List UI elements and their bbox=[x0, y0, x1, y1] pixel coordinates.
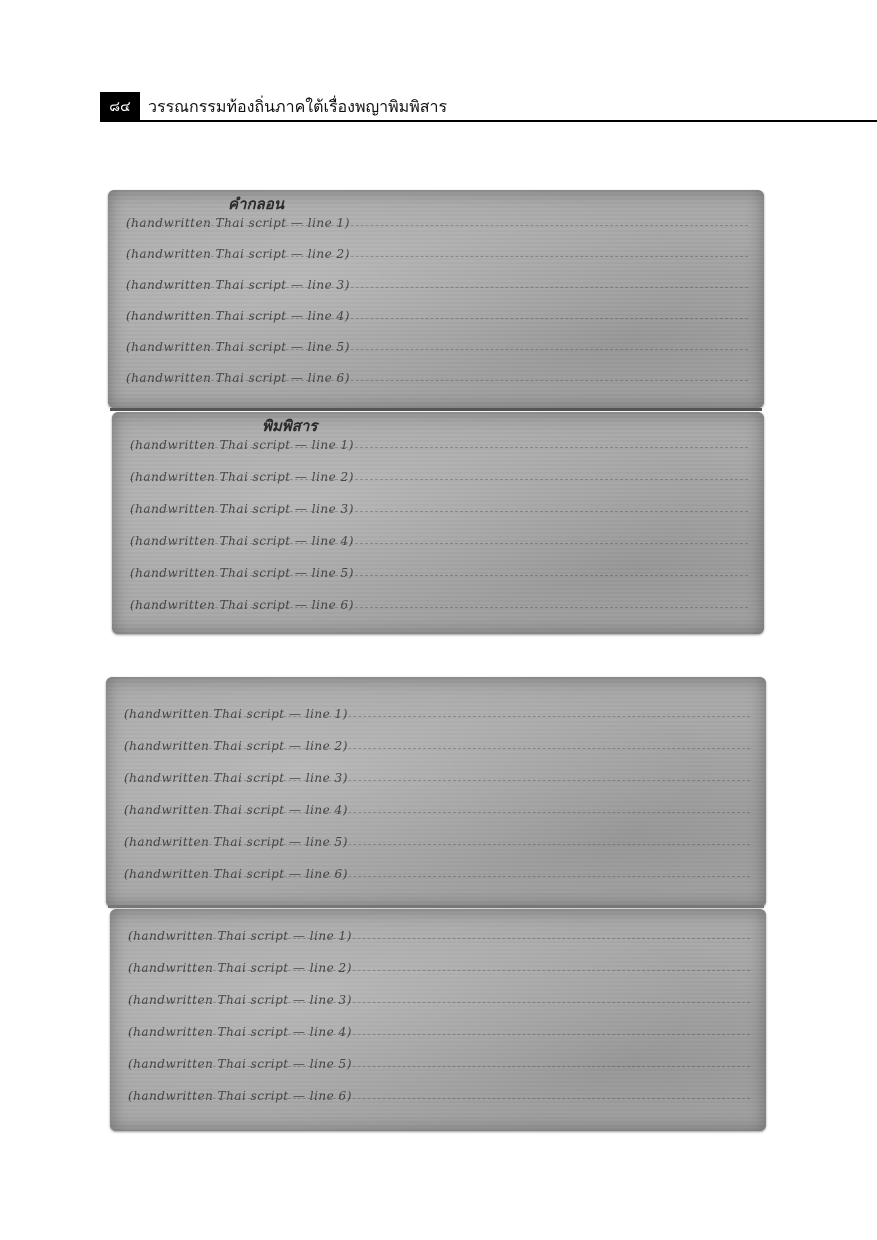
page-number: ๘๔ bbox=[100, 92, 140, 122]
script-line: (handwritten Thai script — line 6) bbox=[128, 1089, 750, 1105]
manuscript-panel-4: (handwritten Thai script — line 1) (hand… bbox=[110, 909, 766, 1131]
script-line: (handwritten Thai script — line 1) bbox=[130, 438, 748, 454]
script-line: (handwritten Thai script — line 1) bbox=[126, 216, 748, 232]
script-line: (handwritten Thai script — line 2) bbox=[130, 470, 748, 486]
script-line: (handwritten Thai script — line 5) bbox=[126, 340, 748, 356]
running-header: ๘๔ วรรณกรรมท้องถิ่นภาคใต้เรื่องพญาพิมพิส… bbox=[100, 92, 877, 122]
script-line: (handwritten Thai script — line 1) bbox=[128, 929, 750, 945]
script-line: (handwritten Thai script — line 5) bbox=[128, 1057, 750, 1073]
header-rule bbox=[140, 120, 877, 122]
script-line: (handwritten Thai script — line 4) bbox=[128, 1025, 750, 1041]
panel-heading: คำกลอน bbox=[228, 192, 284, 216]
script-line: (handwritten Thai script — line 6) bbox=[124, 867, 750, 883]
script-line: (handwritten Thai script — line 3) bbox=[126, 278, 748, 294]
script-line: (handwritten Thai script — line 1) bbox=[124, 707, 750, 723]
manuscript-panel-2: พิมพิสาร (handwritten Thai script — line… bbox=[112, 412, 764, 634]
script-line: (handwritten Thai script — line 2) bbox=[124, 739, 750, 755]
script-line: (handwritten Thai script — line 3) bbox=[128, 993, 750, 1009]
script-line: (handwritten Thai script — line 3) bbox=[130, 502, 748, 518]
script-line: (handwritten Thai script — line 2) bbox=[128, 961, 750, 977]
script-line: (handwritten Thai script — line 4) bbox=[126, 309, 748, 325]
manuscript-panel-3: (handwritten Thai script — line 1) (hand… bbox=[106, 677, 766, 907]
panel-seam bbox=[108, 905, 764, 908]
script-line: (handwritten Thai script — line 3) bbox=[124, 771, 750, 787]
manuscript-panel-1: คำกลอน (handwritten Thai script — line 1… bbox=[108, 190, 764, 408]
script-line: (handwritten Thai script — line 6) bbox=[126, 371, 748, 387]
panel-heading: พิมพิสาร bbox=[262, 414, 317, 438]
running-title: วรรณกรรมท้องถิ่นภาคใต้เรื่องพญาพิมพิสาร bbox=[148, 95, 447, 120]
panel-seam bbox=[110, 408, 762, 411]
script-line: (handwritten Thai script — line 6) bbox=[130, 598, 748, 614]
script-line: (handwritten Thai script — line 4) bbox=[124, 803, 750, 819]
script-line: (handwritten Thai script — line 5) bbox=[124, 835, 750, 851]
script-line: (handwritten Thai script — line 4) bbox=[130, 534, 748, 550]
script-line: (handwritten Thai script — line 5) bbox=[130, 566, 748, 582]
script-line: (handwritten Thai script — line 2) bbox=[126, 247, 748, 263]
